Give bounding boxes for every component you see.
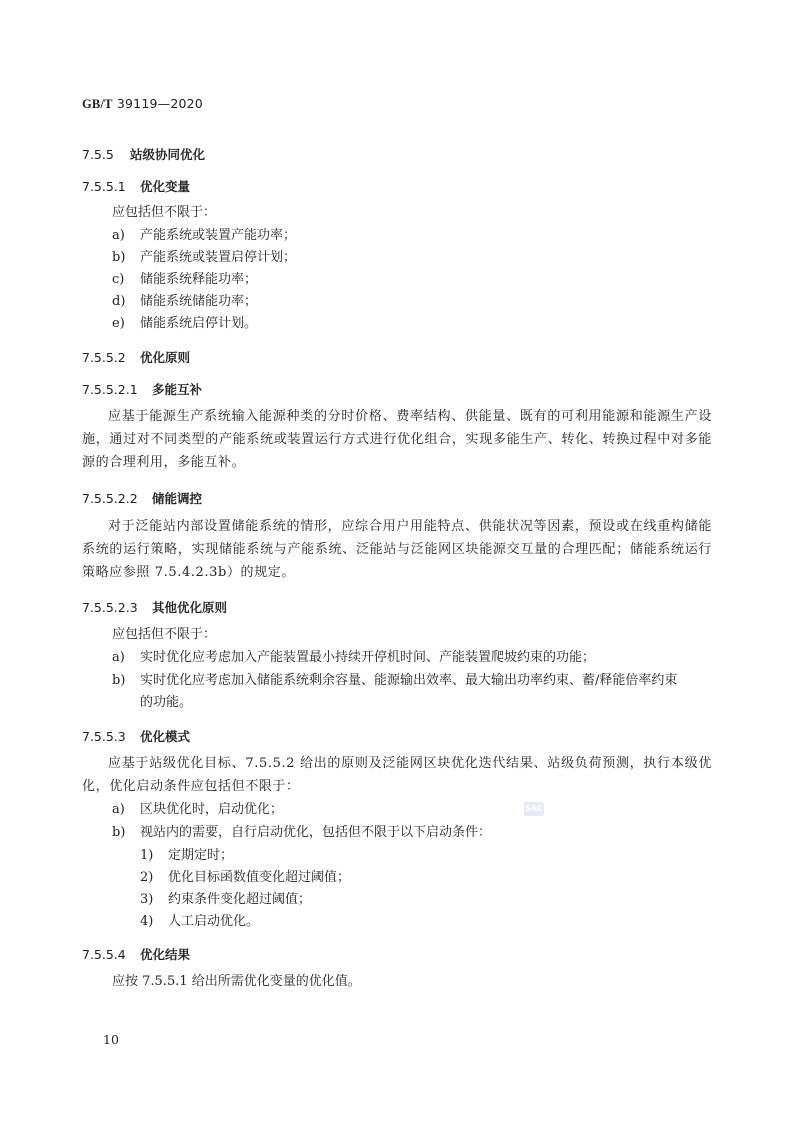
heading-7-5-5: 7.5.5站级协同优化 [82,145,205,163]
list-item: e)储能系统启停计划。 [112,312,257,335]
list-item: b)视站内的需要，自行启动优化，包括但不限于以下启动条件： [112,821,491,844]
heading-7-5-5-3: 7.5.5.3优化模式 [82,727,190,745]
sub-list-item: 1)定期定时； [140,844,233,867]
intro-7-5-5-1: 应包括但不限于： [112,201,216,224]
page-number: 10 [103,1032,119,1047]
list-item: a)区块优化时，启动优化； [112,798,283,821]
heading-7-5-5-2-3: 7.5.5.2.3其他优化原则 [82,598,227,616]
paragraph-7-5-5-4: 应按 7.5.5.1 给出所需优化变量的优化值。 [112,970,361,993]
sub-list-item: 4)人工启动优化。 [140,910,259,933]
list-item: b)实时优化应考虑加入储能系统剩余容量、能源输出效率、最大输出功率约束、蓄/释能… [112,669,677,692]
heading-7-5-5-1: 7.5.5.1优化变量 [82,177,190,195]
paragraph-7-5-5-2-1: 应基于能源生产系统输入能源种类的分时价格、费率结构、供能量、既有的可利用能源和能… [82,405,712,474]
list-item: b)产能系统或装置启停计划； [112,246,296,269]
standard-code: 39119—2020 [117,96,203,111]
sub-list-item: 3)约束条件变化超过阈值； [140,888,311,911]
paragraph-7-5-5-2-2: 对于泛能站内部设置储能系统的情形，应综合用户用能特点、供能状况等因素，预设或在线… [82,515,712,584]
list-item: c)储能系统释能功率； [112,268,257,291]
heading-7-5-5-4: 7.5.5.4优化结果 [82,945,190,963]
heading-7-5-5-2-1: 7.5.5.2.1多能互补 [82,380,202,398]
sac-watermark-icon: SAC [524,802,544,816]
heading-7-5-5-2-2: 7.5.5.2.2储能调控 [82,489,202,507]
standard-number: GB/T 39119—2020 [82,96,203,112]
sub-list-item: 2)优化目标函数值变化超过阈值； [140,866,350,889]
heading-7-5-5-2: 7.5.5.2优化原则 [82,348,190,366]
intro-7-5-5-2-3: 应包括但不限于： [112,623,216,646]
standard-prefix: GB/T [82,97,113,111]
paragraph-7-5-5-3: 应基于站级优化目标、7.5.5.2 给出的原则及泛能网区块优化迭代结果、站级负荷… [82,752,712,798]
list-item-continuation: 的功能。 [140,691,192,714]
list-item: d)储能系统储能功率； [112,290,257,313]
list-item: a)产能系统或装置产能功率； [112,224,296,247]
list-item: a)实时优化应考虑加入产能装置最小持续开停机时间、产能装置爬坡约束的功能； [112,646,595,669]
